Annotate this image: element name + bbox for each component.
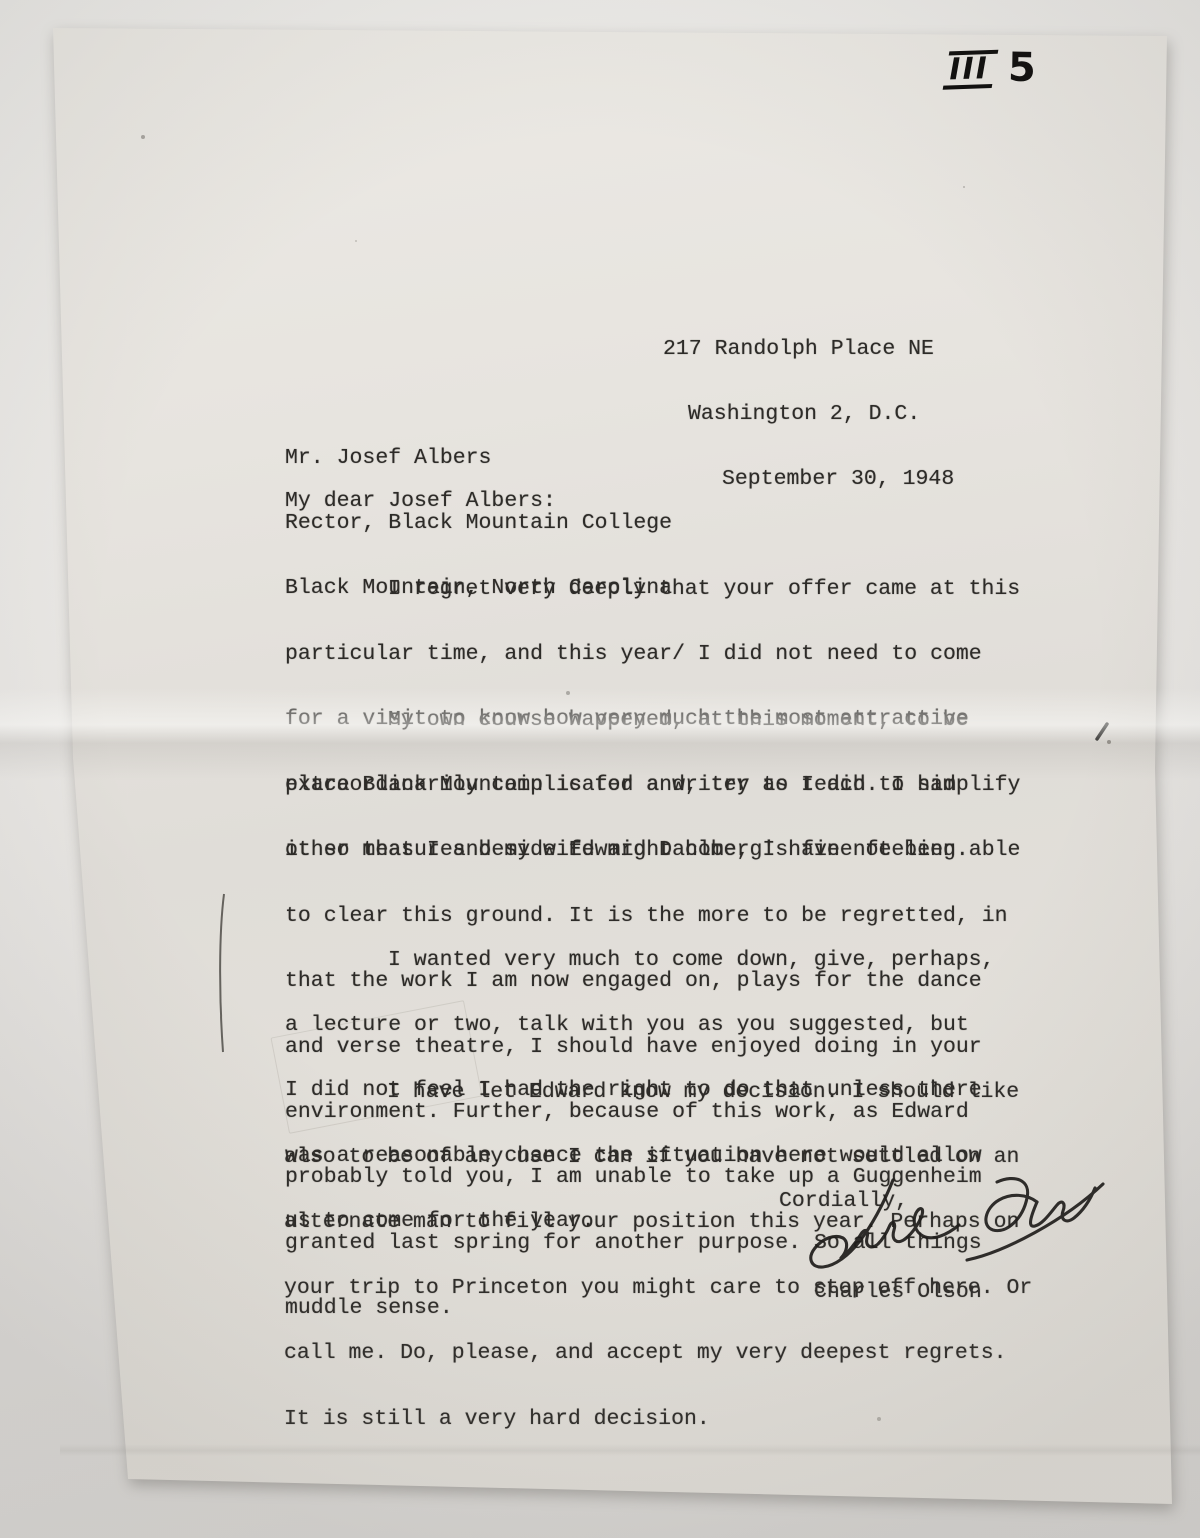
body-line: also to be of any use I can if you have … — [284, 1147, 1032, 1169]
recipient-line: Mr. Josef Albers — [285, 448, 672, 470]
address-line: Washington 2, D.C. — [663, 404, 954, 426]
body-line: It is still a very hard decision. — [284, 1409, 1032, 1431]
salutation: My dear Josef Albers: — [285, 491, 556, 513]
dust-specks — [0, 0, 2, 2]
fold-crease-bottom — [60, 1444, 1200, 1456]
address-line: 217 Randolph Place NE — [663, 339, 954, 361]
body-line: particular time, and this year/ I did no… — [285, 644, 1020, 666]
date-line: September 30, 1948 — [663, 469, 954, 491]
signature-script: Charles Olson — [735, 1172, 1120, 1282]
typed-signature: Charles Olson — [814, 1282, 982, 1304]
roman-numeral-mark: III — [943, 50, 998, 90]
fold-crease — [0, 688, 1200, 780]
page-number: 5 — [1007, 49, 1036, 87]
body-line: it so that I and my wife might come, I h… — [285, 840, 1020, 862]
body-line: I wanted very much to come down, give, p… — [285, 950, 994, 972]
body-line: I regret very deeply that your offer cam… — [285, 579, 1020, 601]
margin-pen-line — [215, 891, 227, 1055]
sender-address-block: 217 Randolph Place NE Washington 2, D.C.… — [663, 295, 954, 535]
recipient-line: Rector, Black Mountain College — [285, 513, 672, 535]
body-line: call me. Do, please, and accept my very … — [284, 1343, 1032, 1365]
photo-background: III 5 217 Randolph Place NE Washington 2… — [0, 0, 1200, 1538]
page-number-mark: III 5 — [945, 48, 1036, 89]
